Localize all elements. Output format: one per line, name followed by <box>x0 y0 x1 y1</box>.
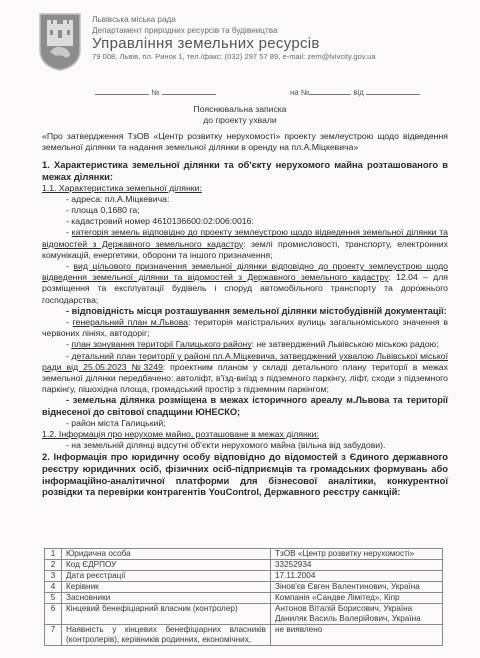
document-title: Пояснювальна записка <box>0 104 480 114</box>
date-blank <box>95 86 149 95</box>
zoning-item: - план зонування території Галицького ра… <box>42 339 448 350</box>
office-name: Управління земельних ресурсів <box>92 36 376 52</box>
purpose-item: - вид цільового призначення земельної ді… <box>42 261 448 306</box>
district-item: - район міста Галицький; <box>42 418 448 429</box>
section-1-heading: 1. Характеристика земельної ділянки та о… <box>42 159 448 182</box>
subsection-1-2: 1.2. Інформація про нерухоме майно, розт… <box>42 429 448 440</box>
table-row: 5 Засновники Компанія «Сандве Лімітед», … <box>45 593 443 604</box>
document-page: Львівська міська рада Департамент природ… <box>0 0 480 658</box>
document-subtitle: до проекту ухвали <box>0 115 480 125</box>
number-label: № <box>151 88 159 97</box>
subsection-1-1: 1.1. Характеристика земельної ділянки: <box>42 183 448 194</box>
detail-plan-item: - детальний план території у районі пл.А… <box>42 351 448 396</box>
reply-date-blank <box>366 86 420 95</box>
general-plan-item: - генеральний план м.Львова: територія м… <box>42 317 448 339</box>
reply-reference: на № від <box>290 86 420 97</box>
address-item: - адреса: пл.А.Міцкевича: <box>42 194 448 205</box>
reply-label: на № <box>290 88 309 97</box>
table-row: 1 Юридична особа ТзОВ «Центр розвитку не… <box>45 549 443 560</box>
beneficiary-2: Даниляк Василь Валерійович, Україна <box>275 614 438 624</box>
zoning-value: : не затверджений Львівською міською рад… <box>252 339 439 349</box>
company-info-table: 1 Юридична особа ТзОВ «Центр розвитку не… <box>44 548 443 646</box>
contact-info: 79 008, Львів, пл. Ринок 1, тел./факс: (… <box>92 52 376 62</box>
compliance-item: - відповідність місця розташування земел… <box>42 306 448 317</box>
table-row: 6 Кінцевий бенефіціарний власник (контро… <box>45 604 443 625</box>
council-name: Львівська міська рада <box>92 15 376 26</box>
subject-text: «Про затвердження ТзОВ «Центр розвитку н… <box>42 131 448 153</box>
general-plan-label: генеральний план м.Львова <box>73 317 188 327</box>
zoning-label: план зонування території Галицького райо… <box>71 339 251 349</box>
property-item: - на земельній ділянці відсутні об'єкти … <box>42 440 448 451</box>
category-item: - категорія земель відповідно до проекту… <box>42 227 448 261</box>
historic-item: - земельна ділянка розміщена в межах іст… <box>42 395 448 417</box>
table-row: 2 Код ЄДРПОУ 33252934 <box>45 560 443 571</box>
section-2-heading: 2. Інформація про юридичну особу відпові… <box>42 451 448 497</box>
coat-of-arms-icon <box>38 12 82 72</box>
table-row: 3 Дата реєстрації 17.11.2004 <box>45 571 443 582</box>
document-body: «Про затвердження ТзОВ «Центр розвитку н… <box>42 131 448 498</box>
from-label: від <box>353 88 363 97</box>
table-row: 7 Наявність у кінцевих бенефіціарних вла… <box>45 625 443 646</box>
number-blank <box>162 86 216 95</box>
table-row: 4 Керівник Зінов'єв Євген Валентинович, … <box>45 582 443 593</box>
registration-number: № <box>95 86 216 97</box>
letterhead: Львівська міська рада Департамент природ… <box>38 12 458 74</box>
reply-number-blank <box>309 86 351 95</box>
cadastral-item: - кадастровий номер 4610136600:02:006:00… <box>42 216 448 227</box>
beneficiary-1: Антонов Віталій Борисович, Україна <box>275 604 438 614</box>
area-item: - площа 0,1680 га; <box>42 205 448 216</box>
